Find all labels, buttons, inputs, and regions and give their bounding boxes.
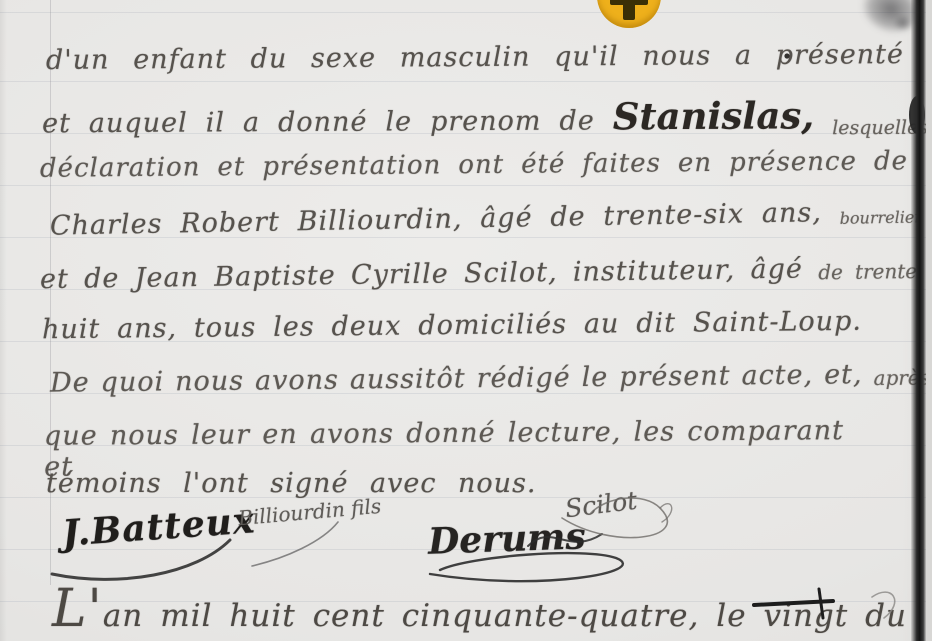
signature-scilot: Scilot <box>564 486 639 524</box>
line-text: et auquel il a donné le prenom de <box>42 105 595 139</box>
line-text: témoins l'ont signé avec nous. <box>46 468 537 499</box>
manuscript-line-5: et de Jean Baptiste Cyrille Scilot, inst… <box>40 252 924 304</box>
manuscript-line-9: témoins l'ont signé avec nous. <box>46 468 537 499</box>
manuscript-line-10-next-act: L'an mil huit cent cinquante-quatre, le … <box>52 598 907 638</box>
page-binding-edge <box>911 0 926 641</box>
line-text-cramped: bourrelier <box>840 207 923 227</box>
signature-batteux: J.Batteux <box>61 499 257 554</box>
manuscript-line-3: déclaration et présentation ont été fait… <box>40 146 908 194</box>
scilot-tail-hook <box>660 504 672 522</box>
billiourdin-flourish <box>252 522 338 566</box>
given-name-emphasis: Stanislas, <box>613 93 815 138</box>
line-text: huit ans, tous les deux domiciliés au di… <box>42 306 862 346</box>
manuscript-line-2: et auquel il a donné le prenom de Stanis… <box>42 93 928 138</box>
signature-billiourdin: Billiourdin fils <box>237 494 382 530</box>
signature-derums: Derums <box>427 515 586 562</box>
line-text: d'un enfant du sexe masculin qu'il nous … <box>46 39 904 76</box>
manuscript-line-6: huit ans, tous les deux domiciliés au di… <box>42 306 862 355</box>
manuscript-line-1: d'un enfant du sexe masculin qu'il nous … <box>46 39 904 85</box>
ink-blot-small <box>890 12 916 34</box>
line-text: De quoi nous avons aussitôt rédigé le pr… <box>50 359 863 399</box>
register-page-scan: d'un enfant du sexe masculin qu'il nous … <box>0 0 932 641</box>
adjacent-page-sliver <box>926 0 932 641</box>
manuscript-line-4: Charles Robert Billiourdin, âgé de trent… <box>50 195 923 250</box>
line-text: L'an mil huit cent cinquante-quatre, le … <box>52 598 907 634</box>
manuscript-line-8: que nous leur en avons donné lecture, le… <box>44 415 844 461</box>
line-text: déclaration et présentation ont été fait… <box>40 146 908 184</box>
line-text: Charles Robert Billiourdin, âgé de trent… <box>50 197 822 241</box>
line-text-cramped: de trente- <box>818 259 924 284</box>
marker-cross-horizontal[interactable] <box>610 0 648 5</box>
manuscript-line-7: De quoi nous avons aussitôt rédigé le pr… <box>50 358 930 407</box>
line-text: et de Jean Baptiste Cyrille Scilot, inst… <box>40 254 803 296</box>
